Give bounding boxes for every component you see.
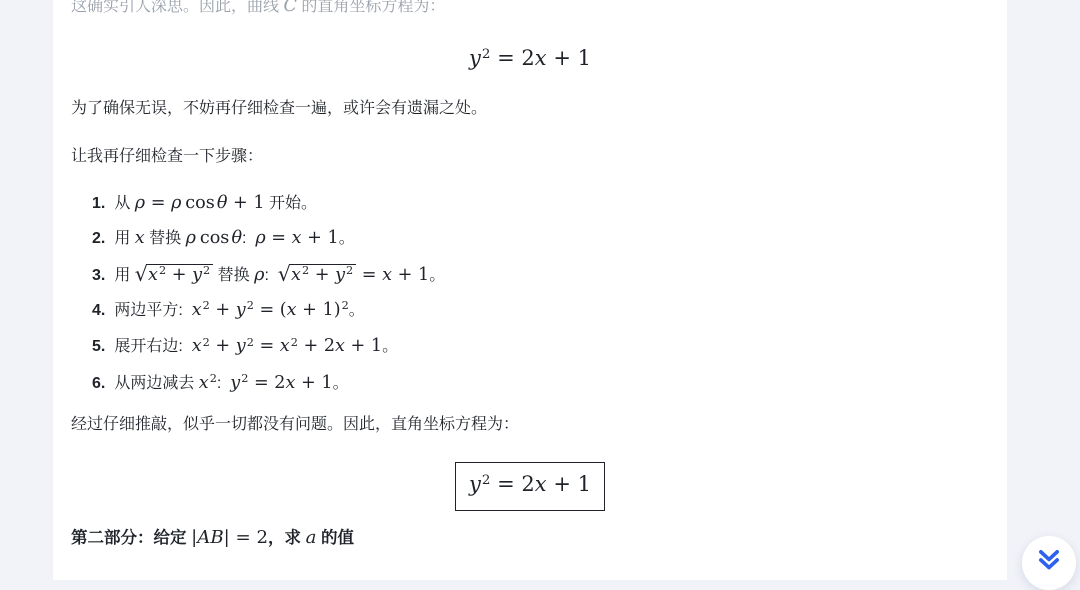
step-text: 两边平方: x2 + y2 = (x + 1)2。 <box>114 302 364 319</box>
paragraph-conclusion: 经过仔细推敲，似乎一切都没有问题。因此，直角坐标方程为： <box>71 413 989 437</box>
step-item-6: 6.从两边减去 x2: y2 = 2x + 1。 <box>92 366 445 402</box>
step-text: 用 √x2 + y2 替换 ρ: √x2 + y2 = x + 1。 <box>114 267 445 284</box>
step-number: 4. <box>92 302 105 319</box>
paragraph-intro: 这确实引人深思。因此，曲线 C 的直角坐标方程为： <box>71 0 989 19</box>
equation-boxed: y2 = 2x + 1 <box>455 462 605 511</box>
step-item-5: 5.展开右边: x2 + y2 = x2 + 2x + 1。 <box>92 329 445 365</box>
paragraph-check: 为了确保无误，不妨再仔细检查一遍，或许会有遗漏之处。 <box>71 97 989 121</box>
step-text: 用 x 替换 ρcosθ: ρ = x + 1。 <box>114 230 354 247</box>
section-heading-part2: 第二部分：给定 |AB| = 2，求 a 的值 <box>71 526 989 550</box>
step-number: 5. <box>92 338 105 355</box>
equation-display-1: y2 = 2x + 1 <box>53 43 1007 77</box>
scroll-to-bottom-button[interactable] <box>1022 536 1076 580</box>
chat-message-card: 这确实引人深思。因此，曲线 C 的直角坐标方程为： y2 = 2x + 1 为了… <box>53 0 1007 580</box>
step-text: 从两边减去 x2: y2 = 2x + 1。 <box>114 375 348 392</box>
step-item-3: 3.用 √x2 + y2 替换 ρ: √x2 + y2 = x + 1。 <box>92 257 445 293</box>
step-number: 3. <box>92 267 105 284</box>
step-item-1: 1.从 ρ = ρcosθ + 1 开始。 <box>92 186 445 221</box>
double-chevron-down-icon <box>1036 547 1062 573</box>
step-item-4: 4.两边平方: x2 + y2 = (x + 1)2。 <box>92 293 445 329</box>
equation-1-text: y2 = 2x + 1 <box>469 46 591 70</box>
step-number: 6. <box>92 375 105 392</box>
steps-list: 1.从 ρ = ρcosθ + 1 开始。 2.用 x 替换 ρcosθ: ρ … <box>92 186 445 402</box>
paragraph-steps-intro: 让我再仔细检查一下步骤： <box>71 145 989 169</box>
step-item-2: 2.用 x 替换 ρcosθ: ρ = x + 1。 <box>92 221 445 256</box>
equation-display-2: y2 = 2x + 1 <box>53 462 1007 511</box>
step-number: 1. <box>92 195 105 212</box>
step-text: 展开右边: x2 + y2 = x2 + 2x + 1。 <box>114 338 398 355</box>
step-number: 2. <box>92 230 105 247</box>
step-text: 从 ρ = ρcosθ + 1 开始。 <box>114 195 317 212</box>
